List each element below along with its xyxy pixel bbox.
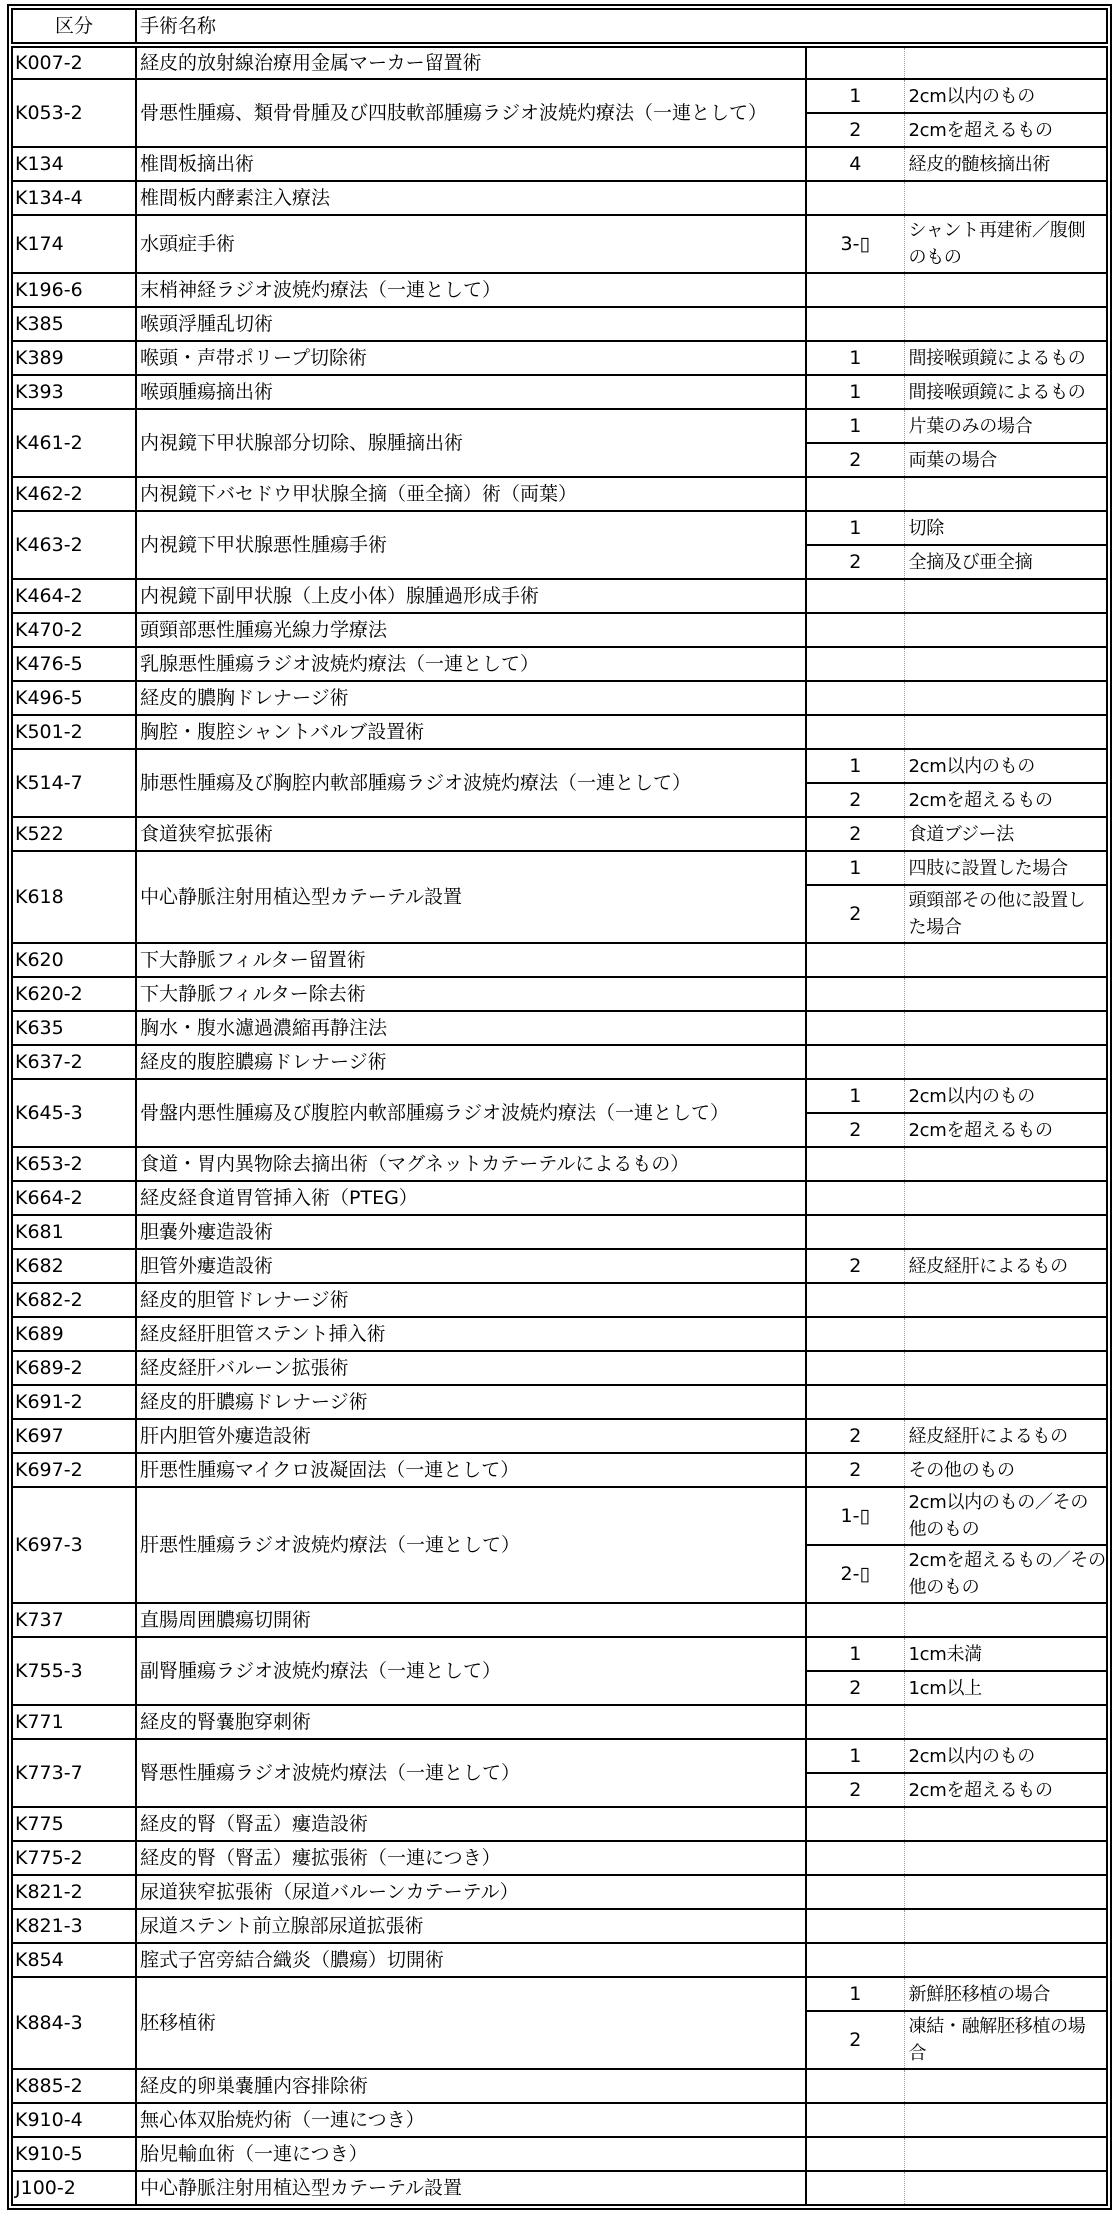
sub-description-cell [904,715,1107,749]
procedure-name-cell: 経皮的膿胸ドレナージ術 [136,681,806,715]
table-row: K501-2 胸腔・腹腔シャントバルブ設置術 [12,715,1107,749]
sub-number-cell: 3-▯ [806,215,904,273]
procedure-name-cell: 肺悪性腫瘍及び胸腔内軟部腫瘍ラジオ波焼灼療法（一連として） [136,749,806,817]
code-cell: J100-2 [12,2171,136,2205]
table-row: K697-3 肝悪性腫瘍ラジオ波焼灼療法（一連として） 1-▯ 2cm以内のもの… [12,1487,1107,1545]
table-row: K522 食道狭窄拡張術 2 食道ブジー法 [12,817,1107,851]
sub-number-cell: 2-▯ [806,1545,904,1603]
sub-number-cell: 1 [806,1977,904,2011]
procedure-name-cell: 経皮経肝胆管ステント挿入術 [136,1317,806,1351]
sub-description-cell [904,613,1107,647]
table-row: K775 経皮的腎（腎盂）瘻造設術 [12,1807,1107,1841]
sub-description-cell: 2cmを超えるもの [904,783,1107,817]
code-cell: K134 [12,147,136,181]
sub-number-cell [806,613,904,647]
table-row: K389 喉頭・声帯ポリープ切除術 1 間接喉頭鏡によるもの [12,341,1107,375]
procedure-name-cell: 水頭症手術 [136,215,806,273]
table-row: K689 経皮経肝胆管ステント挿入術 [12,1317,1107,1351]
sub-number-cell: 2 [806,443,904,477]
sub-description-cell: 新鮮胚移植の場合 [904,1977,1107,2011]
code-cell: K681 [12,1215,136,1249]
sub-number-cell: 1 [806,1637,904,1671]
sub-number-cell [806,1909,904,1943]
sub-number-cell: 2 [806,113,904,147]
procedure-name-cell: 胚移植術 [136,1977,806,2069]
code-cell: K645-3 [12,1079,136,1147]
sub-description-cell [904,45,1107,79]
sub-description-cell [904,1705,1107,1739]
sub-description-cell: シャント再建術／腹側 のもの [904,215,1107,273]
sub-number-cell: 1 [806,409,904,443]
sub-description-cell [904,2103,1107,2137]
sub-description-cell [904,1283,1107,1317]
code-cell: K821-2 [12,1875,136,1909]
sub-description-cell: 両葉の場合 [904,443,1107,477]
procedure-name-cell: 喉頭腫瘍摘出術 [136,375,806,409]
table-row: J100-2 中心静脈注射用植込型カテーテル設置 [12,2171,1107,2205]
sub-number-cell [806,2069,904,2103]
table-row: K174 水頭症手術 3-▯ シャント再建術／腹側 のもの [12,215,1107,273]
sub-description-cell: 2cmを超えるもの [904,113,1107,147]
sub-description-cell [904,1147,1107,1181]
sub-number-cell: 2 [806,1113,904,1147]
procedure-name-cell: 骨悪性腫瘍、類骨骨腫及び四肢軟部腫瘍ラジオ波焼灼療法（一連として） [136,79,806,147]
sub-description-cell [904,647,1107,681]
code-cell: K697 [12,1419,136,1453]
sub-number-cell: 2 [806,1773,904,1807]
procedure-name-cell: 肝内胆管外瘻造設術 [136,1419,806,1453]
code-cell: K007-2 [12,45,136,79]
sub-number-cell [806,2103,904,2137]
sub-number-cell: 2 [806,1453,904,1487]
sub-number-cell: 2 [806,2011,904,2069]
sub-number-cell: 4 [806,147,904,181]
table-row: K463-2 内視鏡下甲状腺悪性腫瘍手術 1 切除 [12,511,1107,545]
table-row: K470-2 頭頸部悪性腫瘍光線力学療法 [12,613,1107,647]
code-cell: K470-2 [12,613,136,647]
sub-description-cell: その他のもの [904,1453,1107,1487]
code-cell: K389 [12,341,136,375]
sub-number-cell [806,181,904,215]
sub-number-cell: 1 [806,1079,904,1113]
procedure-name-cell: 経皮的肝膿瘍ドレナージ術 [136,1385,806,1419]
sub-description-cell: 頭頸部その他に設置し た場合 [904,885,1107,943]
procedure-name-cell: 経皮的放射線治療用金属マーカー留置術 [136,45,806,79]
sub-number-cell [806,2171,904,2205]
sub-number-cell: 2 [806,885,904,943]
sub-description-cell [904,1011,1107,1045]
sub-number-cell [806,647,904,681]
sub-description-cell: 2cm以内のもの [904,1079,1107,1113]
code-cell: K689 [12,1317,136,1351]
sub-number-cell [806,1011,904,1045]
procedure-name-cell: 乳腺悪性腫瘍ラジオ波焼灼療法（一連として） [136,647,806,681]
table-row: K682 胆管外瘻造設術 2 経皮経肝によるもの [12,1249,1107,1283]
procedure-name-cell: 椎間板摘出術 [136,147,806,181]
procedure-name-cell: 副腎腫瘍ラジオ波焼灼療法（一連として） [136,1637,806,1705]
table-row: K689-2 経皮経肝バルーン拡張術 [12,1351,1107,1385]
table-frame: 区分 手術名称 K007-2 経皮的放射線治療用金属マーカー留置術 K053-2… [7,4,1112,2210]
table-row: K618 中心静脈注射用植込型カテーテル設置 1 四肢に設置した場合 [12,851,1107,885]
code-cell: K885-2 [12,2069,136,2103]
code-cell: K910-4 [12,2103,136,2137]
procedure-name-cell: 中心静脈注射用植込型カテーテル設置 [136,2171,806,2205]
sub-number-cell: 2 [806,783,904,817]
sub-number-cell [806,273,904,307]
procedure-name-cell: 腟式子宮旁結合織炎（膿瘍）切開術 [136,1943,806,1977]
sub-number-cell [806,943,904,977]
table-row: K464-2 内視鏡下副甲状腺（上皮小体）腺腫過形成手術 [12,579,1107,613]
code-cell: K682 [12,1249,136,1283]
procedure-name-cell: 経皮的腎嚢胞穿刺術 [136,1705,806,1739]
sub-description-cell: 2cm以内のもの／その 他のもの [904,1487,1107,1545]
sub-number-cell [806,1705,904,1739]
sub-description-cell [904,2069,1107,2103]
sub-description-cell [904,1385,1107,1419]
sub-description-cell [904,1875,1107,1909]
sub-number-cell [806,1147,904,1181]
sub-number-cell [806,579,904,613]
table-row: K910-4 無心体双胎焼灼術（一連につき） [12,2103,1107,2137]
code-cell: K755-3 [12,1637,136,1705]
table-row: K620 下大静脈フィルター留置術 [12,943,1107,977]
sub-description-cell [904,1807,1107,1841]
code-cell: K134-4 [12,181,136,215]
sub-description-cell: 間接喉頭鏡によるもの [904,341,1107,375]
table-row: K496-5 経皮的膿胸ドレナージ術 [12,681,1107,715]
code-cell: K496-5 [12,681,136,715]
sub-description-cell [904,2171,1107,2205]
code-cell: K514-7 [12,749,136,817]
procedure-name-cell: 経皮経食道胃管挿入術（PTEG） [136,1181,806,1215]
sub-number-cell [806,1283,904,1317]
procedure-name-cell: 胸腔・腹腔シャントバルブ設置術 [136,715,806,749]
procedure-name-cell: 尿道ステント前立腺部尿道拡張術 [136,1909,806,1943]
sub-description-cell: 2cmを超えるもの／その 他のもの [904,1545,1107,1603]
procedure-name-cell: 食道狭窄拡張術 [136,817,806,851]
sub-description-cell [904,307,1107,341]
sub-number-cell [806,1045,904,1079]
table-row: K821-3 尿道ステント前立腺部尿道拡張術 [12,1909,1107,1943]
table-row: K134-4 椎間板内酵素注入療法 [12,181,1107,215]
procedure-name-cell: 肝悪性腫瘍ラジオ波焼灼療法（一連として） [136,1487,806,1603]
code-cell: K174 [12,215,136,273]
sub-number-cell [806,477,904,511]
sub-description-cell: 凍結・融解胚移植の場 合 [904,2011,1107,2069]
procedure-name-cell: 胎児輸血術（一連につき） [136,2137,806,2171]
table-row: K691-2 経皮的肝膿瘍ドレナージ術 [12,1385,1107,1419]
table-row: K462-2 内視鏡下バセドウ甲状腺全摘（亜全摘）術（両葉） [12,477,1107,511]
table-row: K635 胸水・腹水濾過濃縮再静注法 [12,1011,1107,1045]
sub-description-cell: 2cmを超えるもの [904,1773,1107,1807]
table-row: K653-2 食道・胃内異物除去摘出術（マグネットカテーテルによるもの） [12,1147,1107,1181]
code-cell: K462-2 [12,477,136,511]
code-cell: K053-2 [12,79,136,147]
code-cell: K773-7 [12,1739,136,1807]
sub-number-cell [806,1603,904,1637]
sub-description-cell: 2cm以内のもの [904,79,1107,113]
procedure-name-cell: 内視鏡下バセドウ甲状腺全摘（亜全摘）術（両葉） [136,477,806,511]
code-cell: K775 [12,1807,136,1841]
code-cell: K697-3 [12,1487,136,1603]
sub-number-cell: 1 [806,511,904,545]
sub-number-cell: 1 [806,1739,904,1773]
code-cell: K618 [12,851,136,943]
sub-number-cell: 2 [806,817,904,851]
procedure-name-cell: 椎間板内酵素注入療法 [136,181,806,215]
table-row: K697-2 肝悪性腫瘍マイクロ波凝固法（一連として） 2 その他のもの [12,1453,1107,1487]
procedure-name-cell: 末梢神経ラジオ波焼灼療法（一連として） [136,273,806,307]
code-cell: K653-2 [12,1147,136,1181]
table-row: K645-3 骨盤内悪性腫瘍及び腹腔内軟部腫瘍ラジオ波焼灼療法（一連として） 1… [12,1079,1107,1113]
procedure-name-cell: 胆管外瘻造設術 [136,1249,806,1283]
sub-description-cell [904,1943,1107,1977]
sub-description-cell [904,1351,1107,1385]
sub-description-cell: 2cmを超えるもの [904,1113,1107,1147]
sub-description-cell: 片葉のみの場合 [904,409,1107,443]
sub-description-cell [904,579,1107,613]
sub-number-cell: 2 [806,1671,904,1705]
code-cell: K737 [12,1603,136,1637]
code-cell: K620 [12,943,136,977]
sub-description-cell [904,477,1107,511]
code-cell: K501-2 [12,715,136,749]
code-cell: K196-6 [12,273,136,307]
code-cell: K620-2 [12,977,136,1011]
code-cell: K664-2 [12,1181,136,1215]
procedure-name-cell: 喉頭・声帯ポリープ切除術 [136,341,806,375]
table-row: K697 肝内胆管外瘻造設術 2 経皮経肝によるもの [12,1419,1107,1453]
sub-description-cell [904,181,1107,215]
procedure-name-cell: 経皮経肝バルーン拡張術 [136,1351,806,1385]
procedure-name-cell: 食道・胃内異物除去摘出術（マグネットカテーテルによるもの） [136,1147,806,1181]
sub-number-cell [806,1841,904,1875]
table-row: K773-7 腎悪性腫瘍ラジオ波焼灼療法（一連として） 1 2cm以内のもの [12,1739,1107,1773]
table-row: K514-7 肺悪性腫瘍及び胸腔内軟部腫瘍ラジオ波焼灼療法（一連として） 1 2… [12,749,1107,783]
sub-number-cell [806,1181,904,1215]
sub-number-cell [806,681,904,715]
procedure-name-cell: 直腸周囲膿瘍切開術 [136,1603,806,1637]
column-header-code: 区分 [12,9,136,45]
code-cell: K464-2 [12,579,136,613]
table-row: K637-2 経皮的腹腔膿瘍ドレナージ術 [12,1045,1107,1079]
procedure-name-cell: 下大静脈フィルター除去術 [136,977,806,1011]
sub-number-cell: 1 [806,375,904,409]
table-row: K821-2 尿道狭窄拡張術（尿道バルーンカテーテル） [12,1875,1107,1909]
code-cell: K691-2 [12,1385,136,1419]
procedure-name-cell: 下大静脈フィルター留置術 [136,943,806,977]
procedure-name-cell: 内視鏡下副甲状腺（上皮小体）腺腫過形成手術 [136,579,806,613]
sub-number-cell: 1 [806,851,904,885]
procedure-name-cell: 肝悪性腫瘍マイクロ波凝固法（一連として） [136,1453,806,1487]
sub-number-cell [806,307,904,341]
sub-description-cell [904,1045,1107,1079]
sub-number-cell [806,2137,904,2171]
table-row: K910-5 胎児輸血術（一連につき） [12,2137,1107,2171]
procedure-name-cell: 頭頸部悪性腫瘍光線力学療法 [136,613,806,647]
code-cell: K821-3 [12,1909,136,1943]
sub-description-cell: 1cm未満 [904,1637,1107,1671]
sub-number-cell [806,1943,904,1977]
sub-description-cell [904,681,1107,715]
sub-description-cell: 間接喉頭鏡によるもの [904,375,1107,409]
procedure-table: 区分 手術名称 K007-2 経皮的放射線治療用金属マーカー留置術 K053-2… [11,8,1108,2206]
sub-number-cell: 2 [806,1419,904,1453]
procedure-name-cell: 尿道狭窄拡張術（尿道バルーンカテーテル） [136,1875,806,1909]
procedure-name-cell: 喉頭浮腫乱切術 [136,307,806,341]
sub-number-cell [806,1351,904,1385]
sub-description-cell [904,977,1107,1011]
table-row: K461-2 内視鏡下甲状腺部分切除、腺腫摘出術 1 片葉のみの場合 [12,409,1107,443]
procedure-name-cell: 中心静脈注射用植込型カテーテル設置 [136,851,806,943]
code-cell: K775-2 [12,1841,136,1875]
sub-number-cell: 1 [806,749,904,783]
sub-description-cell [904,1215,1107,1249]
table-row: K885-2 経皮的卵巣嚢腫内容排除術 [12,2069,1107,2103]
sub-number-cell: 1-▯ [806,1487,904,1545]
code-cell: K884-3 [12,1977,136,2069]
sub-description-cell [904,943,1107,977]
procedure-name-cell: 経皮的腹腔膿瘍ドレナージ術 [136,1045,806,1079]
code-cell: K635 [12,1011,136,1045]
table-row: K134 椎間板摘出術 4 経皮的髄核摘出術 [12,147,1107,181]
code-cell: K385 [12,307,136,341]
code-cell: K476-5 [12,647,136,681]
table-row: K755-3 副腎腫瘍ラジオ波焼灼療法（一連として） 1 1cm未満 [12,1637,1107,1671]
sub-number-cell [806,1385,904,1419]
sub-number-cell: 2 [806,1249,904,1283]
sub-description-cell [904,1317,1107,1351]
table-header-row: 区分 手術名称 [12,9,1107,45]
sub-description-cell [904,2137,1107,2171]
table-row: K196-6 末梢神経ラジオ波焼灼療法（一連として） [12,273,1107,307]
code-cell: K910-5 [12,2137,136,2171]
sub-description-cell: 経皮経肝によるもの [904,1249,1107,1283]
sub-description-cell: 2cm以内のもの [904,1739,1107,1773]
procedure-name-cell: 骨盤内悪性腫瘍及び腹腔内軟部腫瘍ラジオ波焼灼療法（一連として） [136,1079,806,1147]
table-row: K681 胆嚢外瘻造設術 [12,1215,1107,1249]
procedure-name-cell: 経皮的腎（腎盂）瘻造設術 [136,1807,806,1841]
sub-description-cell: 2cm以内のもの [904,749,1107,783]
code-cell: K682-2 [12,1283,136,1317]
sub-number-cell [806,45,904,79]
sub-description-cell: 全摘及び亜全摘 [904,545,1107,579]
procedure-name-cell: 内視鏡下甲状腺部分切除、腺腫摘出術 [136,409,806,477]
table-row: K884-3 胚移植術 1 新鮮胚移植の場合 [12,1977,1107,2011]
sub-number-cell [806,1875,904,1909]
code-cell: K461-2 [12,409,136,477]
sub-number-cell: 2 [806,545,904,579]
sub-description-cell: 経皮的髄核摘出術 [904,147,1107,181]
sub-description-cell: 食道ブジー法 [904,817,1107,851]
procedure-name-cell: 胆嚢外瘻造設術 [136,1215,806,1249]
code-cell: K463-2 [12,511,136,579]
sub-description-cell: 経皮経肝によるもの [904,1419,1107,1453]
procedure-name-cell: 経皮的胆管ドレナージ術 [136,1283,806,1317]
code-cell: K771 [12,1705,136,1739]
procedure-name-cell: 胸水・腹水濾過濃縮再静注法 [136,1011,806,1045]
sub-description-cell [904,1181,1107,1215]
table-row: K775-2 経皮的腎（腎盂）瘻拡張術（一連につき） [12,1841,1107,1875]
code-cell: K689-2 [12,1351,136,1385]
sub-description-cell: 四肢に設置した場合 [904,851,1107,885]
sub-description-cell [904,1841,1107,1875]
procedure-name-cell: 腎悪性腫瘍ラジオ波焼灼療法（一連として） [136,1739,806,1807]
sub-number-cell [806,1317,904,1351]
table-row: K737 直腸周囲膿瘍切開術 [12,1603,1107,1637]
sub-number-cell: 1 [806,79,904,113]
table-row: K620-2 下大静脈フィルター除去術 [12,977,1107,1011]
table-row: K682-2 経皮的胆管ドレナージ術 [12,1283,1107,1317]
sub-number-cell [806,1215,904,1249]
sub-description-cell [904,1909,1107,1943]
table-row: K476-5 乳腺悪性腫瘍ラジオ波焼灼療法（一連として） [12,647,1107,681]
sub-description-cell: 1cm以上 [904,1671,1107,1705]
table-row: K053-2 骨悪性腫瘍、類骨骨腫及び四肢軟部腫瘍ラジオ波焼灼療法（一連として）… [12,79,1107,113]
procedure-name-cell: 経皮的腎（腎盂）瘻拡張術（一連につき） [136,1841,806,1875]
sub-number-cell [806,977,904,1011]
sub-description-cell [904,1603,1107,1637]
column-header-name: 手術名称 [136,9,1107,45]
sub-number-cell [806,715,904,749]
sub-description-cell: 切除 [904,511,1107,545]
code-cell: K854 [12,1943,136,1977]
sub-description-cell [904,273,1107,307]
table-row: K385 喉頭浮腫乱切術 [12,307,1107,341]
code-cell: K697-2 [12,1453,136,1487]
table-row: K854 腟式子宮旁結合織炎（膿瘍）切開術 [12,1943,1107,1977]
procedure-name-cell: 内視鏡下甲状腺悪性腫瘍手術 [136,511,806,579]
table-row: K393 喉頭腫瘍摘出術 1 間接喉頭鏡によるもの [12,375,1107,409]
sub-number-cell: 1 [806,341,904,375]
procedure-name-cell: 経皮的卵巣嚢腫内容排除術 [136,2069,806,2103]
table-row: K664-2 経皮経食道胃管挿入術（PTEG） [12,1181,1107,1215]
code-cell: K637-2 [12,1045,136,1079]
sub-number-cell [806,1807,904,1841]
table-row: K771 経皮的腎嚢胞穿刺術 [12,1705,1107,1739]
code-cell: K522 [12,817,136,851]
code-cell: K393 [12,375,136,409]
procedure-name-cell: 無心体双胎焼灼術（一連につき） [136,2103,806,2137]
table-row: K007-2 経皮的放射線治療用金属マーカー留置術 [12,45,1107,79]
